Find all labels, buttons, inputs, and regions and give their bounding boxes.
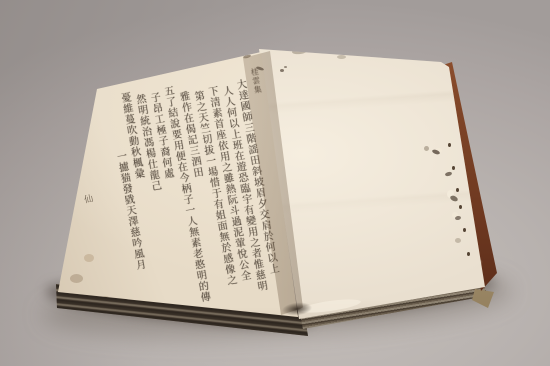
paper-speck [280, 69, 284, 72]
stitch-hole [452, 166, 455, 170]
paper-stain [424, 146, 429, 151]
photo-scene: 桂雲集 大達國師三階謡田斜坡眉夕交肩於何以上 人人何以上班在遊恐臨宇有變用之者惟… [0, 0, 550, 366]
paper-stain [70, 274, 83, 283]
stitch-hole [463, 228, 466, 232]
paper-stain [455, 238, 461, 243]
stitch-hole [467, 252, 470, 256]
paper-speck [284, 66, 287, 68]
ink-mark [449, 195, 458, 203]
ink-mark [445, 171, 453, 177]
ink-mark [455, 216, 462, 221]
marginal-mark: 仙 [83, 191, 95, 206]
stitch-hole [456, 188, 459, 192]
stitch-hole [459, 205, 462, 209]
stitch-hole [448, 143, 451, 147]
paper-stain [84, 254, 94, 262]
paper-stain [337, 55, 346, 59]
